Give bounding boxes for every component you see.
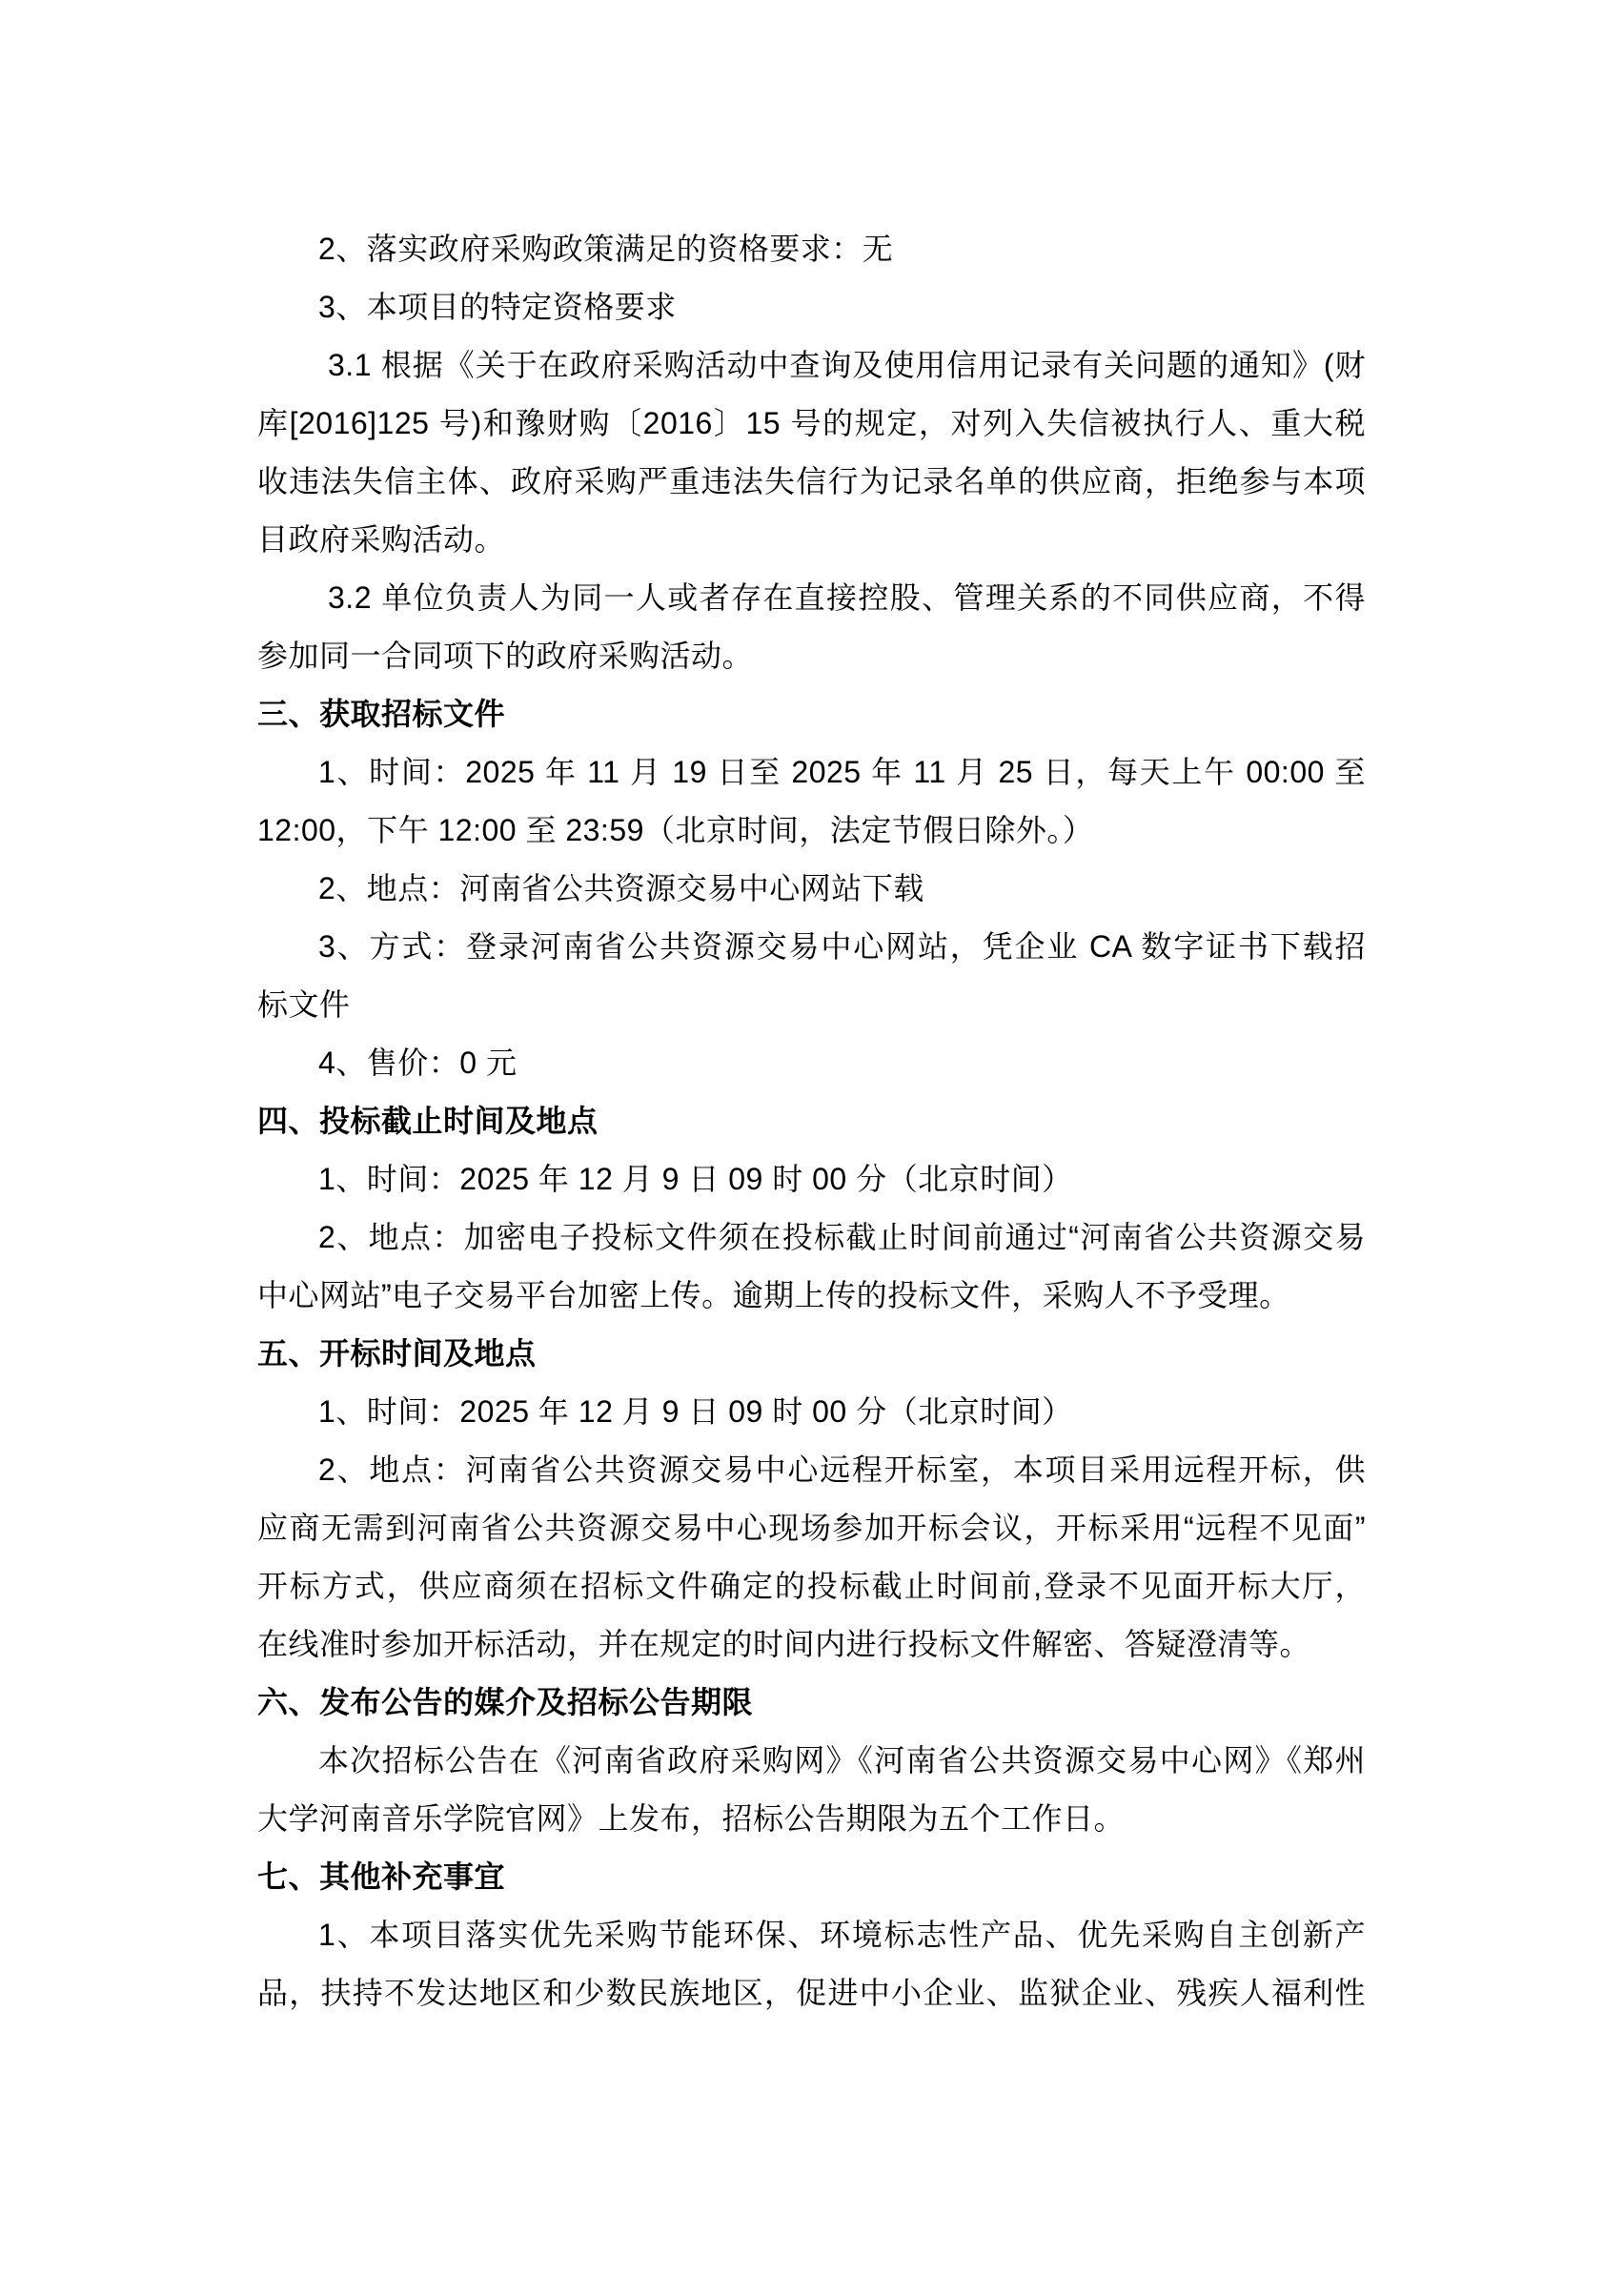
document-line: 12:00，下午 12:00 至 23:59（北京时间，法定节假日除外。） xyxy=(257,802,1366,860)
document-line: 本次招标公告在《河南省政府采购网》《河南省公共资源交易中心网》《郑州 xyxy=(257,1732,1366,1790)
document-line: 3、方式：登录河南省公共资源交易中心网站，凭企业 CA 数字证书下载招 xyxy=(257,918,1366,976)
document-line: 库[2016]125 号)和豫财购〔2016〕15 号的规定，对列入失信被执行人… xyxy=(257,395,1366,453)
document-line: 中心网站”电子交易平台加密上传。逾期上传的投标文件，采购人不予受理。 xyxy=(257,1267,1366,1325)
document-line: 开标方式，供应商须在招标文件确定的投标截止时间前,登录不见面开标大厅， xyxy=(257,1557,1366,1615)
document-line: 4、售价：0 元 xyxy=(257,1034,1366,1092)
document-line: 目政府采购活动。 xyxy=(257,511,1366,569)
document-line: 品，扶持不发达地区和少数民族地区，促进中小企业、监狱企业、残疾人福利性 xyxy=(257,1964,1366,2022)
document-line: 3.2 单位负责人为同一人或者存在直接控股、管理关系的不同供应商，不得 xyxy=(257,569,1366,627)
document-line: 大学河南音乐学院官网》上发布，招标公告期限为五个工作日。 xyxy=(257,1790,1366,1848)
document-line: 3、本项目的特定资格要求 xyxy=(257,278,1366,336)
document-line: 1、本项目落实优先采购节能环保、环境标志性产品、优先采购自主创新产 xyxy=(257,1906,1366,1964)
document-line: 2、地点：加密电子投标文件须在投标截止时间前通过“河南省公共资源交易 xyxy=(257,1209,1366,1267)
document-line: 在线准时参加开标活动，并在规定的时间内进行投标文件解密、答疑澄清等。 xyxy=(257,1615,1366,1674)
document-line: 1、时间：2025 年 12 月 9 日 09 时 00 分（北京时间） xyxy=(257,1383,1366,1441)
section-heading: 五、开标时间及地点 xyxy=(257,1325,1366,1383)
section-heading: 七、其他补充事宜 xyxy=(257,1848,1366,1906)
document-line: 收违法失信主体、政府采购严重违法失信行为记录名单的供应商，拒绝参与本项 xyxy=(257,453,1366,511)
document-line: 2、地点：河南省公共资源交易中心远程开标室，本项目采用远程开标，供 xyxy=(257,1441,1366,1499)
document-line: 1、时间：2025 年 12 月 9 日 09 时 00 分（北京时间） xyxy=(257,1150,1366,1209)
document-line: 参加同一合同项下的政府采购活动。 xyxy=(257,627,1366,685)
document-line: 1、时间：2025 年 11 月 19 日至 2025 年 11 月 25 日，… xyxy=(257,743,1366,802)
document-page: 2、落实政府采购政策满足的资格要求：无3、本项目的特定资格要求3.1 根据《关于… xyxy=(0,0,1624,2275)
section-heading: 六、发布公告的媒介及招标公告期限 xyxy=(257,1674,1366,1732)
section-heading: 三、获取招标文件 xyxy=(257,685,1366,743)
section-heading: 四、投标截止时间及地点 xyxy=(257,1092,1366,1150)
document-body: 2、落实政府采购政策满足的资格要求：无3、本项目的特定资格要求3.1 根据《关于… xyxy=(257,220,1366,2022)
document-line: 应商无需到河南省公共资源交易中心现场参加开标会议，开标采用“远程不见面” xyxy=(257,1499,1366,1557)
document-line: 标文件 xyxy=(257,976,1366,1034)
document-line: 2、地点：河南省公共资源交易中心网站下载 xyxy=(257,860,1366,918)
document-line: 2、落实政府采购政策满足的资格要求：无 xyxy=(257,220,1366,278)
document-line: 3.1 根据《关于在政府采购活动中查询及使用信用记录有关问题的通知》(财 xyxy=(257,336,1366,395)
